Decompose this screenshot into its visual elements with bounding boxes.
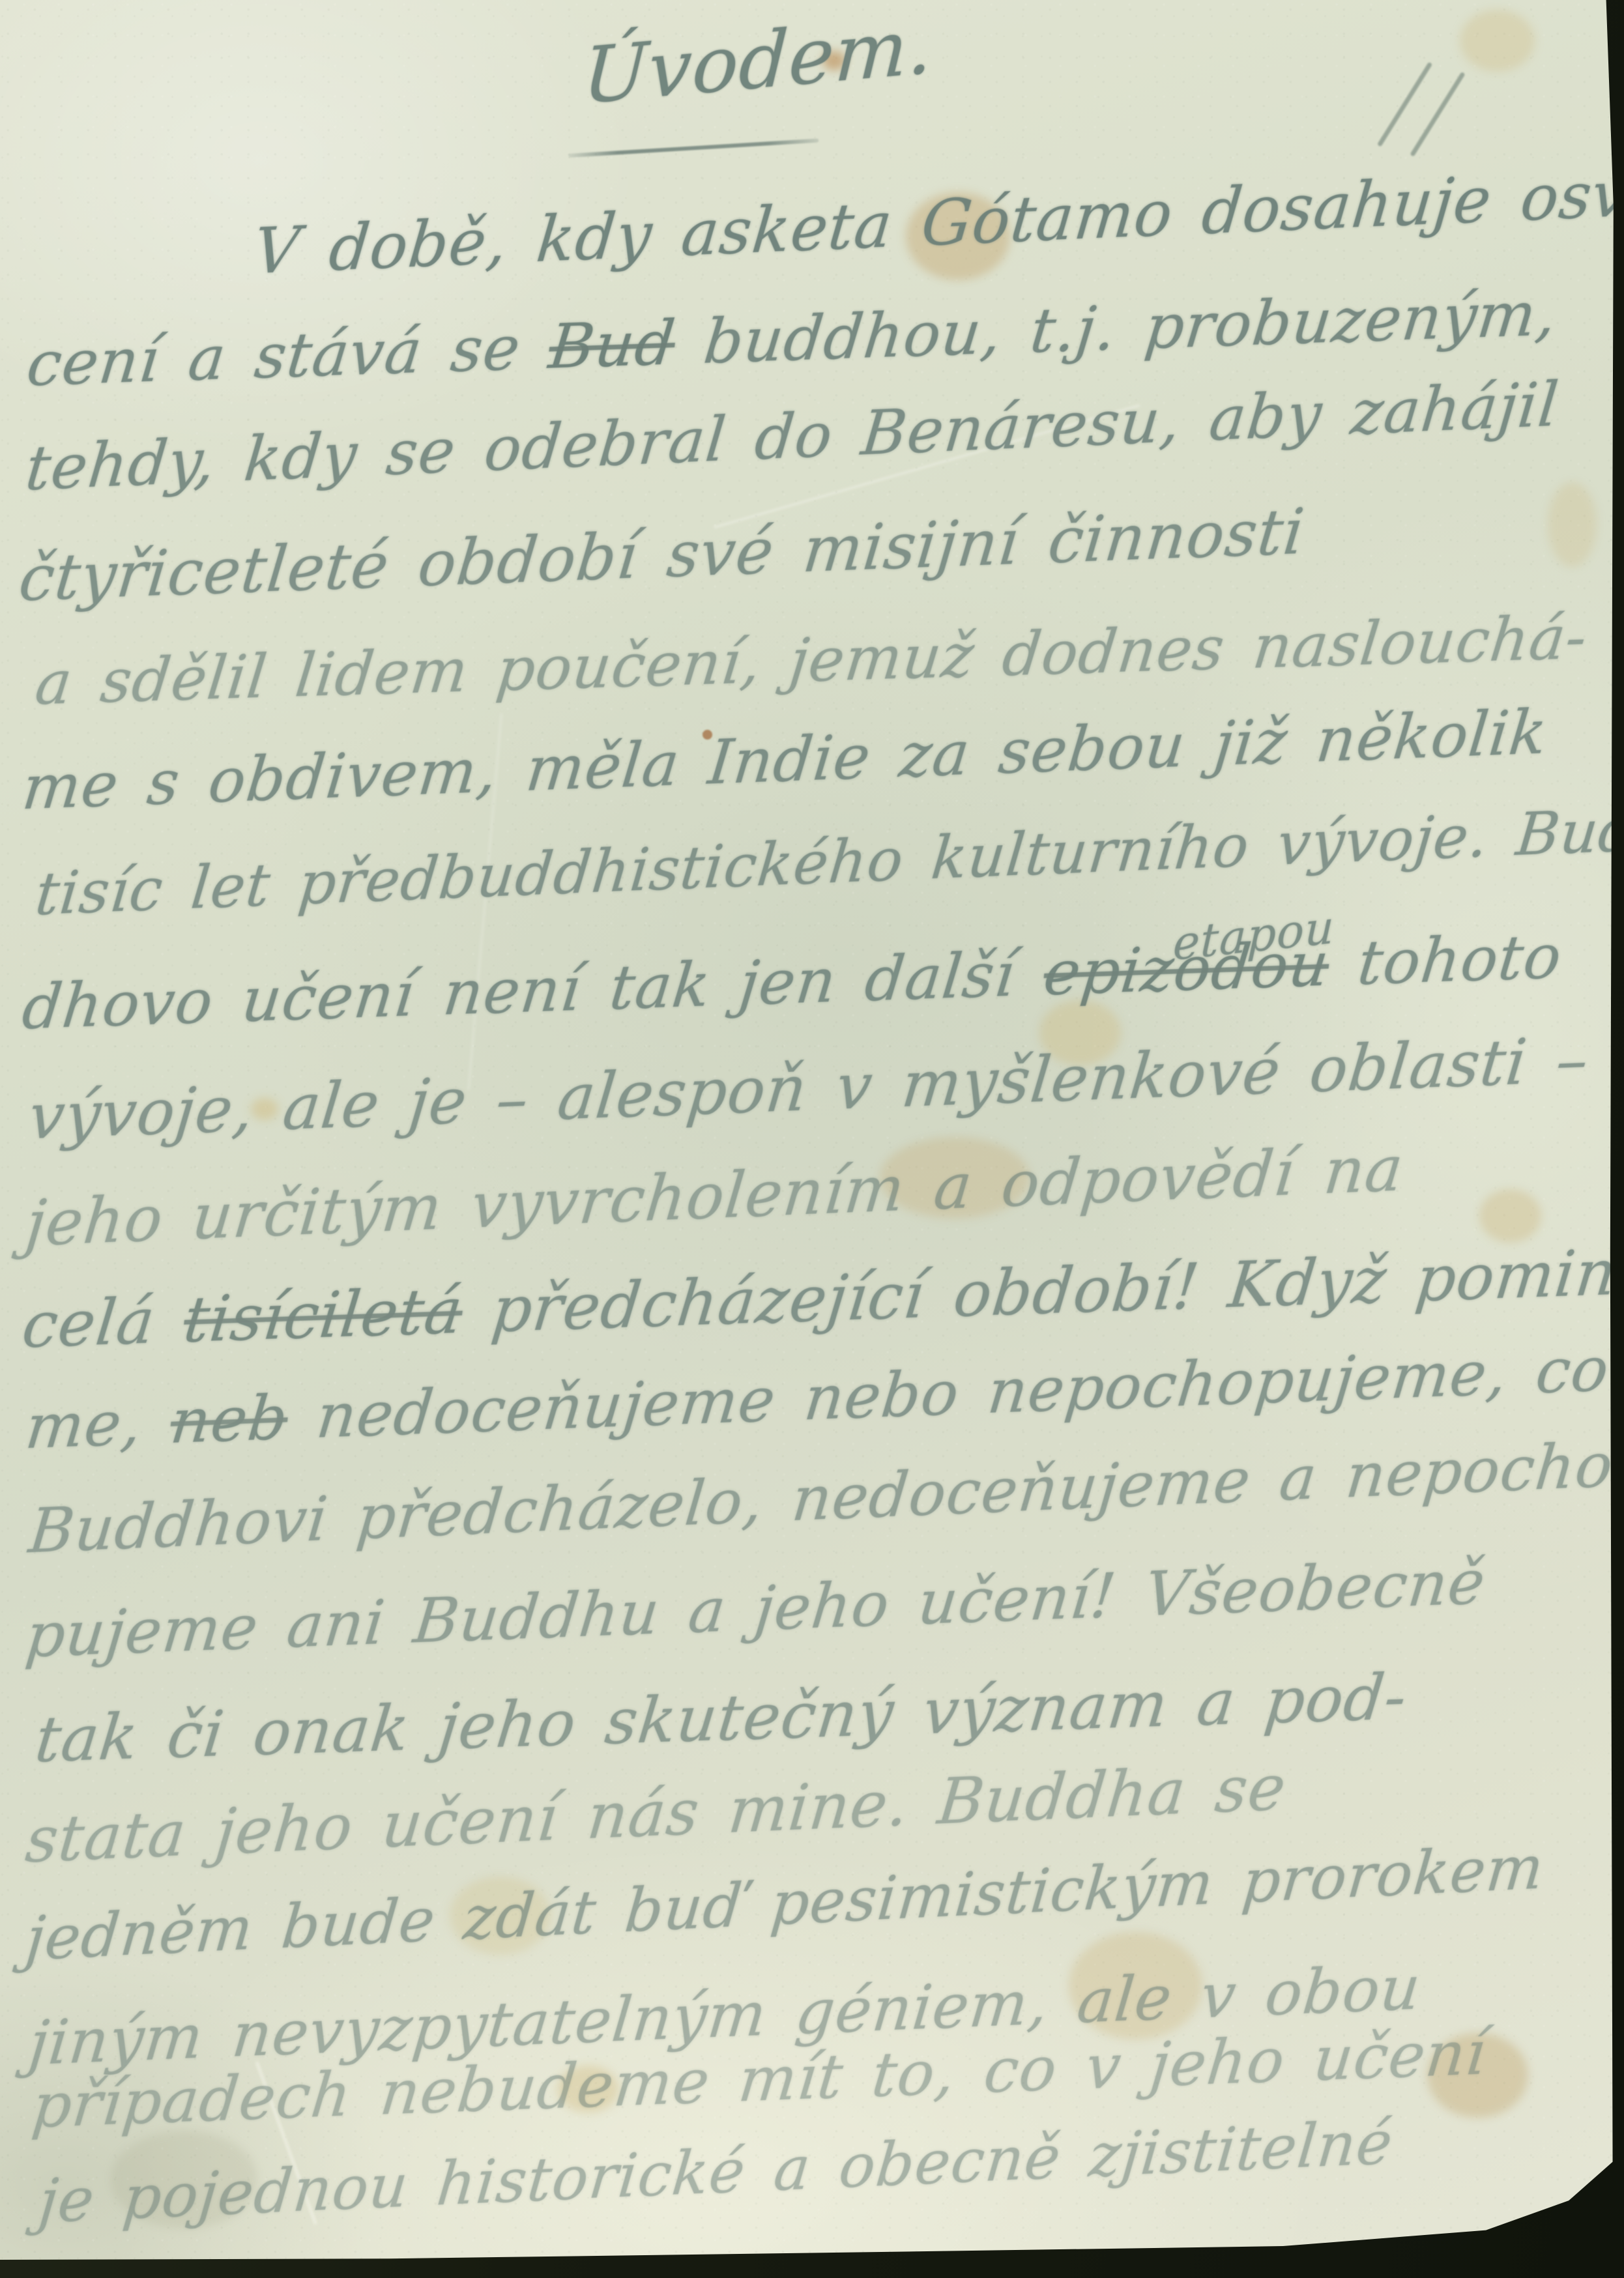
struck-word: neb	[167, 1382, 292, 1458]
photographed-manuscript: Úvodem. etapou V době, kdy asketa Gótamo…	[0, 0, 1624, 2278]
struck-word: Bud	[545, 308, 678, 383]
stain	[1548, 482, 1597, 567]
line-text: tohoto	[1326, 921, 1565, 1000]
line-text: celá	[19, 1284, 188, 1362]
paper-sheet: Úvodem. etapou V době, kdy asketa Gótamo…	[0, 0, 1624, 2278]
page-mark	[1394, 55, 1506, 179]
stain	[1460, 10, 1535, 72]
stain	[1479, 1189, 1541, 1243]
struck-word: tisíciletá	[181, 1274, 467, 1357]
struck-word: epizodou	[1040, 929, 1333, 1009]
line-text: me,	[22, 1387, 175, 1463]
